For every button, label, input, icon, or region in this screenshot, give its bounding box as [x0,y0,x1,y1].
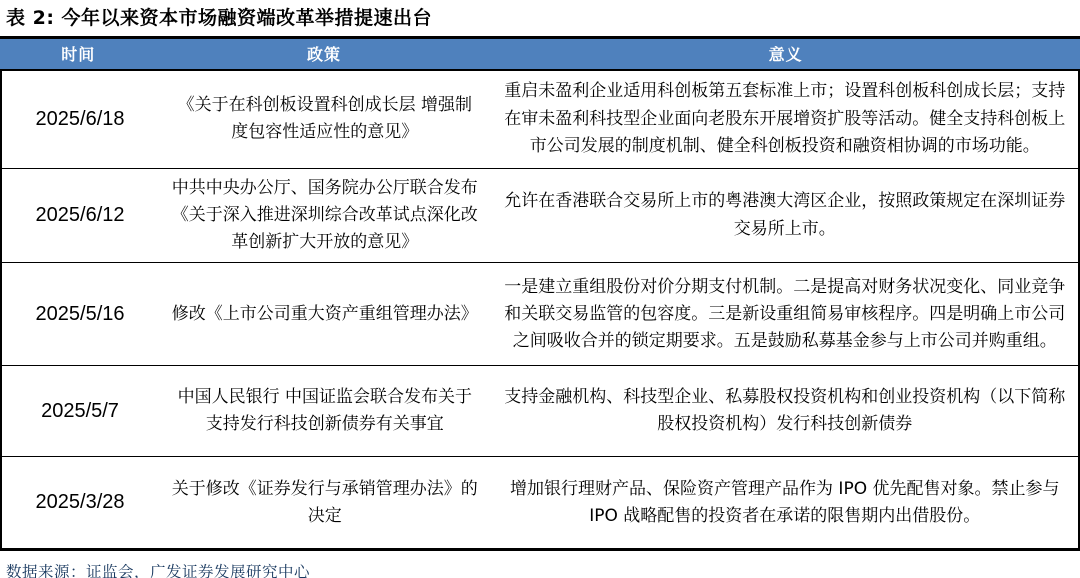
policy-table: 时间 政策 意义 2025/6/18 《关于在科创板设置科创成长层 增强制度包容… [0,36,1080,552]
table-header-row: 时间 政策 意义 [0,36,1080,71]
cell-significance: 一是建立重组股份对价分期支付机制。二是提高对财务状况变化、同业竞争和关联交易监管… [492,263,1078,365]
report-table-page: 表 2: 今年以来资本市场融资端改革举措提速出台 时间 政策 意义 2025/6… [0,0,1080,578]
cell-date: 2025/6/18 [2,71,158,168]
cell-date: 2025/3/28 [2,457,158,548]
cell-policy: 中共中央办公厅、国务院办公厅联合发布《关于深入推进深圳综合改革试点深化改革创新扩… [158,169,492,263]
table-row: 2025/5/16 修改《上市公司重大资产重组管理办法》 一是建立重组股份对价分… [2,263,1078,366]
cell-policy: 《关于在科创板设置科创成长层 增强制度包容性适应性的意见》 [158,71,492,168]
cell-date: 2025/5/16 [2,263,158,365]
table-row: 2025/6/18 《关于在科创板设置科创成长层 增强制度包容性适应性的意见》 … [2,71,1078,169]
cell-policy: 中国人民银行 中国证监会联合发布关于支持发行科技创新债券有关事宜 [158,366,492,456]
cell-significance: 重启未盈利企业适用科创板第五套标准上市；设置科创板科创成长层；支持在审未盈利科技… [492,71,1078,168]
table-title: 表 2: 今年以来资本市场融资端改革举措提速出台 [0,0,1080,36]
cell-significance: 允许在香港联合交易所上市的粤港澳大湾区企业，按照政策规定在深圳证券交易所上市。 [492,169,1078,263]
table-row: 2025/6/12 中共中央办公厅、国务院办公厅联合发布《关于深入推进深圳综合改… [2,169,1078,264]
table-body: 2025/6/18 《关于在科创板设置科创成长层 增强制度包容性适应性的意见》 … [0,71,1080,552]
cell-significance: 增加银行理财产品、保险资产管理产品作为 IPO 优先配售对象。禁止参与 IPO … [492,457,1078,548]
table-row: 2025/5/7 中国人民银行 中国证监会联合发布关于支持发行科技创新债券有关事… [2,366,1078,457]
cell-date: 2025/5/7 [2,366,158,456]
cell-significance: 支持金融机构、科技型企业、私募股权投资机构和创业投资机构（以下简称股权投资机构）… [492,366,1078,456]
table-row: 2025/3/28 关于修改《证券发行与承销管理办法》的决定 增加银行理财产品、… [2,457,1078,548]
cell-policy: 修改《上市公司重大资产重组管理办法》 [158,263,492,365]
data-source: 数据来源：证监会，广发证券发展研究中心 [0,551,1080,578]
header-cell-policy: 政策 [157,39,492,69]
cell-policy: 关于修改《证券发行与承销管理办法》的决定 [158,457,492,548]
cell-date: 2025/6/12 [2,169,158,263]
header-cell-time: 时间 [0,39,157,69]
header-cell-significance: 意义 [491,39,1080,69]
